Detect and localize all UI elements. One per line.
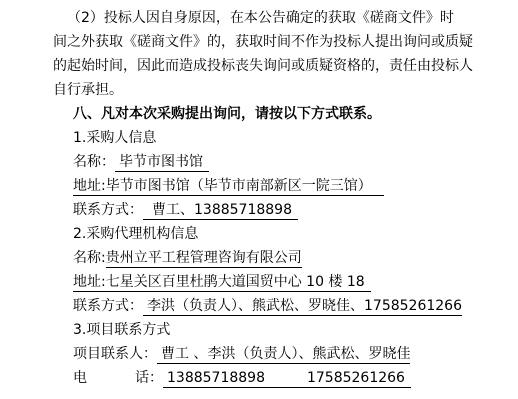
project-phone-label-left: 电 bbox=[73, 370, 87, 386]
agency-title: 2.采购代理机构信息 bbox=[73, 222, 476, 246]
purchaser-contact-value: 曹工、13885718898 bbox=[143, 202, 298, 220]
project-contacts-value: 曹工 、李洪（负责人）、熊武松、罗晓佳 bbox=[157, 346, 410, 364]
purchaser-contact-row: 联系方式：曹工、13885718898 bbox=[73, 198, 476, 222]
project-phone-label-right: 话： bbox=[135, 370, 163, 386]
agency-name-label: 名称: bbox=[73, 250, 106, 266]
project-title: 3.项目联系方式 bbox=[73, 318, 476, 342]
purchaser-address-underlined: 地址:毕节市图书馆（毕节市南部新区一院三馆） bbox=[73, 178, 384, 196]
paragraph-line: 间之外获取《磋商文件》的，获取时间不作为投标人提出询问或质疑 bbox=[53, 30, 476, 54]
purchaser-title: 1.采购人信息 bbox=[73, 126, 476, 150]
paragraph-line: （2）投标人因自身原因，在本公告确定的获取《磋商文件》时 bbox=[53, 6, 476, 30]
project-phone-row: 电话：13885718898 17585261266 bbox=[73, 366, 476, 390]
agency-address-label: 地址: bbox=[73, 274, 106, 290]
project-phone-value: 13885718898 17585261266 bbox=[163, 370, 411, 388]
section-heading: 八、凡对本次采购提出询问，请按以下方式联系。 bbox=[73, 102, 476, 126]
agency-contact-label: 联系方式： bbox=[73, 298, 143, 314]
agency-contact-row: 联系方式：李洪（负责人）、熊武松、罗晓佳、17585261266 bbox=[73, 294, 476, 318]
purchaser-name-row: 名称：毕节市图书馆 bbox=[73, 150, 476, 174]
agency-address-value: 七星关区百里杜鹃大道国贸中心 10 楼 18 bbox=[106, 274, 365, 290]
paragraph-line: 的起始时间，因此而造成投标丧失询问或质疑资格的，责任由投标人 bbox=[53, 54, 476, 78]
agency-contact-value: 李洪（负责人）、熊武松、罗晓佳、17585261266 bbox=[143, 298, 462, 316]
agency-address-row: 地址:七星关区百里杜鹃大道国贸中心 10 楼 18 bbox=[73, 270, 476, 294]
purchaser-address-label: 地址: bbox=[73, 178, 106, 194]
purchaser-address-value: 毕节市图书馆（毕节市南部新区一院三馆） bbox=[106, 178, 372, 194]
agency-address-underlined: 地址:七星关区百里杜鹃大道国贸中心 10 楼 18 bbox=[73, 274, 371, 292]
purchaser-contact-label: 联系方式： bbox=[73, 202, 143, 218]
purchaser-name-label: 名称： bbox=[73, 154, 115, 170]
paragraph-clause-2: （2）投标人因自身原因，在本公告确定的获取《磋商文件》时 间之外获取《磋商文件》… bbox=[53, 6, 476, 102]
agency-name-row: 名称:贵州立平工程管理咨询有限公司 bbox=[73, 246, 476, 270]
paragraph-line: 自行承担。 bbox=[53, 78, 476, 102]
project-contacts-row: 项目联系人：曹工 、李洪（负责人）、熊武松、罗晓佳 bbox=[73, 342, 476, 366]
project-contacts-label: 项目联系人： bbox=[73, 346, 157, 362]
purchaser-address-row: 地址:毕节市图书馆（毕节市南部新区一院三馆） bbox=[73, 174, 476, 198]
purchaser-name-value: 毕节市图书馆 bbox=[115, 154, 209, 172]
agency-name-value: 贵州立平工程管理咨询有限公司 bbox=[106, 250, 302, 268]
document-page: （2）投标人因自身原因，在本公告确定的获取《磋商文件》时 间之外获取《磋商文件》… bbox=[0, 0, 518, 390]
